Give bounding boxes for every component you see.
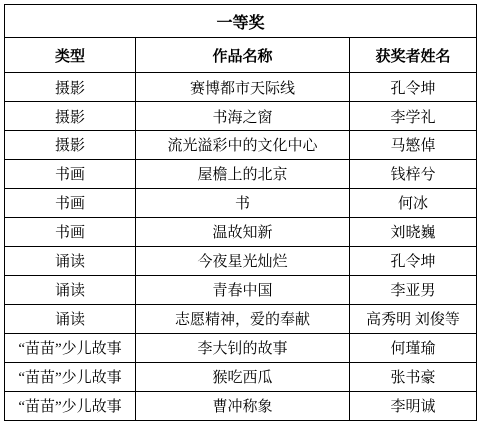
table-body: 摄影 赛博都市天际线 孔令坤 摄影 书海之窗 李学礼 摄影 流光溢彩中的文化中心… [5, 73, 477, 421]
table-row: 摄影 流光溢彩中的文化中心 马慜倬 [5, 131, 477, 160]
work-cell: 李大钊的故事 [136, 333, 350, 362]
winner-cell: 孔令坤 [350, 73, 477, 102]
table-row: 诵读 志愿精神，爱的奉献 高秀明 刘俊等 [5, 304, 477, 333]
winner-cell: 何冰 [350, 188, 477, 217]
title-row: 一等奖 [5, 5, 477, 38]
type-cell: 摄影 [5, 131, 136, 160]
work-cell: 赛博都市天际线 [136, 73, 350, 102]
work-cell: 曹冲称象 [136, 391, 350, 420]
type-cell: 书画 [5, 217, 136, 246]
work-cell: 青春中国 [136, 275, 350, 304]
type-cell: 书画 [5, 188, 136, 217]
winner-cell: 李学礼 [350, 102, 477, 131]
winner-cell: 高秀明 刘俊等 [350, 304, 477, 333]
table-row: “苗苗”少儿故事 猴吃西瓜 张书豪 [5, 362, 477, 391]
column-header-work: 作品名称 [136, 38, 350, 73]
column-header-type: 类型 [5, 38, 136, 73]
table-title: 一等奖 [5, 5, 477, 38]
winner-cell: 张书豪 [350, 362, 477, 391]
table-row: 书画 屋檐上的北京 钱梓兮 [5, 159, 477, 188]
work-cell: 书 [136, 188, 350, 217]
type-cell: “苗苗”少儿故事 [5, 391, 136, 420]
table-row: “苗苗”少儿故事 李大钊的故事 何瑾瑜 [5, 333, 477, 362]
work-cell: 温故知新 [136, 217, 350, 246]
type-cell: “苗苗”少儿故事 [5, 362, 136, 391]
header-row: 类型 作品名称 获奖者姓名 [5, 38, 477, 73]
awards-table: 一等奖 类型 作品名称 获奖者姓名 摄影 赛博都市天际线 孔令坤 摄影 书海之窗… [4, 4, 477, 421]
type-cell: “苗苗”少儿故事 [5, 333, 136, 362]
table-row: 摄影 书海之窗 李学礼 [5, 102, 477, 131]
table-row: “苗苗”少儿故事 曹冲称象 李明诚 [5, 391, 477, 420]
work-cell: 志愿精神，爱的奉献 [136, 304, 350, 333]
type-cell: 摄影 [5, 102, 136, 131]
work-cell: 流光溢彩中的文化中心 [136, 131, 350, 160]
winner-cell: 李亚男 [350, 275, 477, 304]
work-cell: 书海之窗 [136, 102, 350, 131]
table-row: 书画 温故知新 刘晓巍 [5, 217, 477, 246]
table-row: 诵读 今夜星光灿烂 孔令坤 [5, 246, 477, 275]
winner-cell: 刘晓巍 [350, 217, 477, 246]
type-cell: 诵读 [5, 246, 136, 275]
winner-cell: 钱梓兮 [350, 159, 477, 188]
work-cell: 今夜星光灿烂 [136, 246, 350, 275]
table-row: 摄影 赛博都市天际线 孔令坤 [5, 73, 477, 102]
winner-cell: 李明诚 [350, 391, 477, 420]
table-row: 书画 书 何冰 [5, 188, 477, 217]
type-cell: 书画 [5, 159, 136, 188]
work-cell: 猴吃西瓜 [136, 362, 350, 391]
column-header-winner: 获奖者姓名 [350, 38, 477, 73]
type-cell: 诵读 [5, 304, 136, 333]
winner-cell: 何瑾瑜 [350, 333, 477, 362]
winner-cell: 马慜倬 [350, 131, 477, 160]
type-cell: 诵读 [5, 275, 136, 304]
type-cell: 摄影 [5, 73, 136, 102]
table-row: 诵读 青春中国 李亚男 [5, 275, 477, 304]
work-cell: 屋檐上的北京 [136, 159, 350, 188]
winner-cell: 孔令坤 [350, 246, 477, 275]
